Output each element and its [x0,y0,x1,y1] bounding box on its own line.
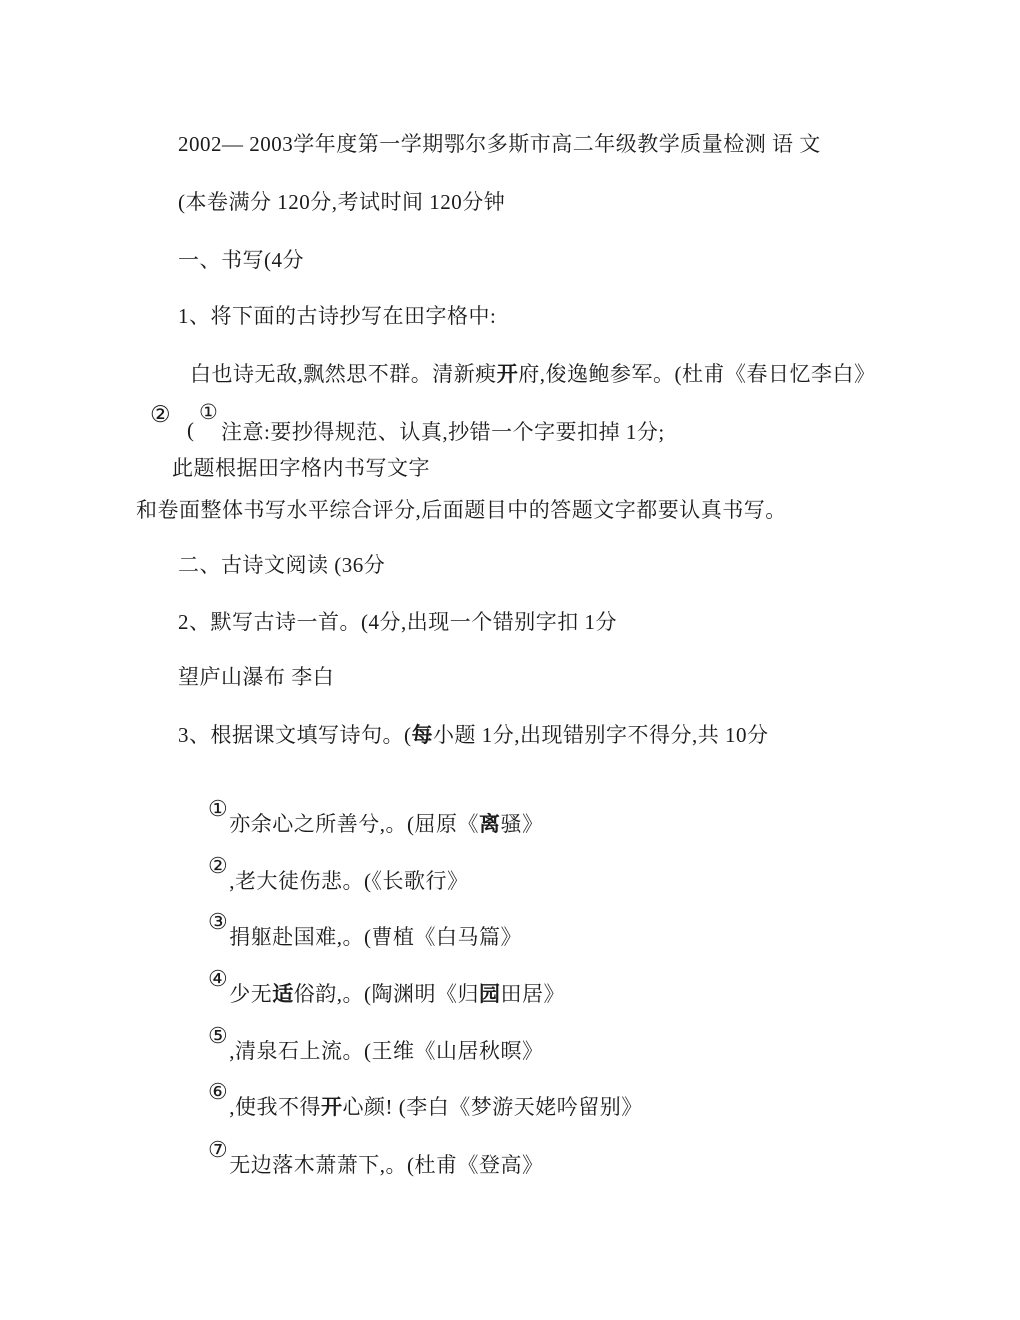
note-line-1: 注意:要抄得规范、认真,抄错一个字要扣掉 1分; [221,419,665,445]
item-number: ⑥ [208,1079,228,1105]
item-text: 亦余心之所善兮,。(屈原《离骚》 [229,812,543,836]
question-3-item: ⑦无边落木萧萧下,。(杜甫《登高》 [185,1126,543,1204]
section-two-heading: 二、古诗文阅读 (36分 [178,552,385,578]
exam-paper-page: 2002— 2003学年度第一学期鄂尔多斯市高二年级教学质量检测 语 文 (本卷… [0,0,1020,1320]
note-marker-inner: ① [199,399,218,425]
question-2-prompt: 2、默写古诗一首。(4分,出现一个错别字扣 1分 [178,609,617,635]
document-title: 2002— 2003学年度第一学期鄂尔多斯市高二年级教学质量检测 语 文 [178,131,821,157]
item-number: ⑤ [208,1023,228,1049]
item-text: ,清泉石上流。(王维《山居秋暝》 [229,1039,543,1063]
item-text: ,老大徒伤悲。(《长歌行》 [229,869,468,893]
item-number: ③ [208,909,228,935]
item-number: ④ [208,966,228,992]
item-number: ① [208,796,228,822]
note-paren: ( [187,417,195,443]
question-1-prompt: 1、将下面的古诗抄写在田字格中: [178,303,496,329]
note-marker-outer: ② [150,402,171,428]
section-one-heading: 一、书写(4分 [178,247,304,273]
item-text: 无边落木萧萧下,。(杜甫《登高》 [229,1153,543,1177]
item-number: ⑦ [208,1137,228,1163]
item-text: ,使我不得开心颜! (李白《梦游天姥吟留别》 [229,1095,643,1119]
question-1-poem: 白也诗无敌,飘然思不群。清新瘐开府,俊逸鲍参军。(杜甫《春日忆李白》 [190,361,876,387]
note-line-3: 和卷面整体书写水平综合评分,后面题目中的答题文字都要认真书写。 [136,497,787,523]
item-number: ② [208,853,228,879]
item-text: 少无适俗韵,。(陶渊明《归园田居》 [229,982,565,1006]
item-text: 捐躯赴国难,。(曹植《白马篇》 [229,925,522,949]
question-2-poem-title: 望庐山瀑布 李白 [178,664,334,690]
note-line-2: 此题根据田字格内书写文字 [172,455,430,481]
question-3-prompt: 3、根据课文填写诗句。(每小题 1分,出现错别字不得分,共 10分 [178,722,769,748]
exam-info: (本卷满分 120分,考试时间 120分钟 [178,189,505,215]
